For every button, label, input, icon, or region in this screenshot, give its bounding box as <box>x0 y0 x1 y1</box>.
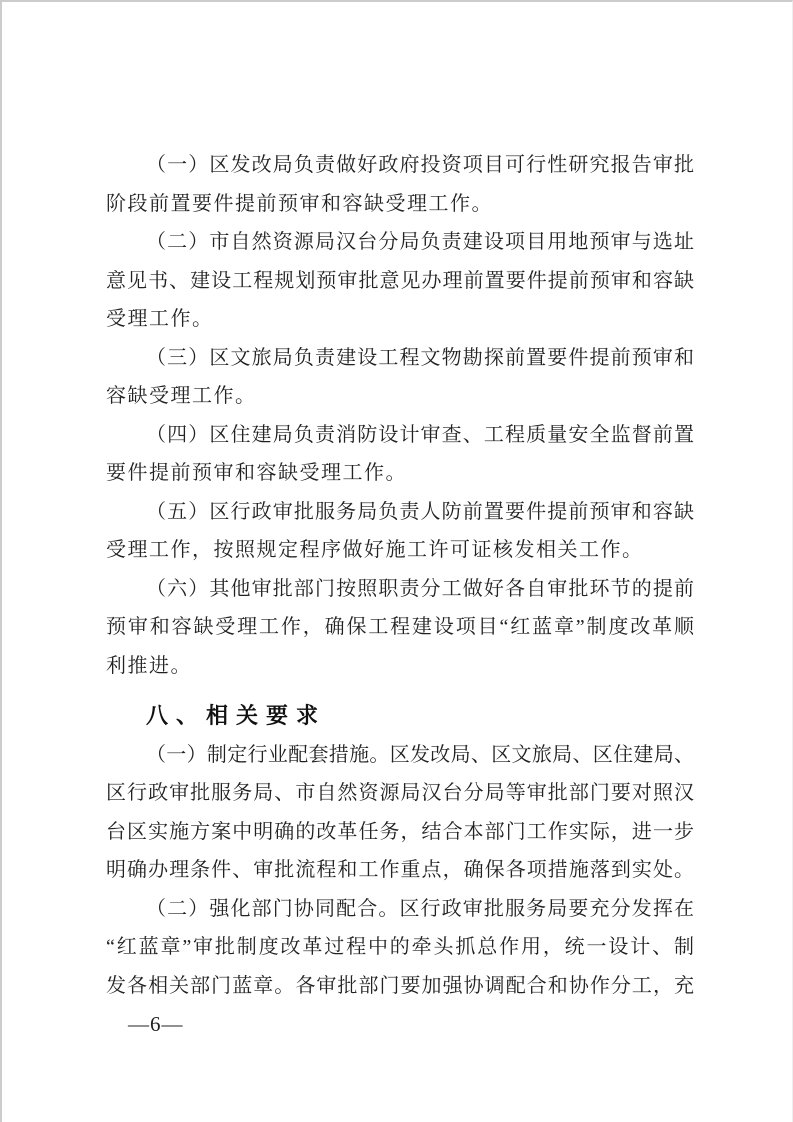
text-line: （二）强化部门协同配合。区行政审批服务局要充分发挥在 <box>106 890 694 929</box>
document-page: （一）区发改局负责做好政府投资项目可行性研究报告审批阶段前置要件提前预审和容缺受… <box>0 0 793 1122</box>
text-line: （五）区行政审批服务局负责人防前置要件提前预审和容缺 <box>106 493 694 532</box>
text-line: 区行政审批服务局、市自然资源局汉台分局等审批部门要对照汉 <box>106 774 694 813</box>
text-line: （六）其他审批部门按照职责分工做好各自审批环节的提前 <box>106 570 694 609</box>
text-line: 明确办理条件、审批流程和工作重点，确保各项措施落到实处。 <box>106 851 694 890</box>
section-heading: 八、相关要求 <box>106 697 694 736</box>
text-line: （一）区发改局负责做好政府投资项目可行性研究报告审批 <box>106 146 694 185</box>
document-body: （一）区发改局负责做好政府投资项目可行性研究报告审批阶段前置要件提前预审和容缺受… <box>106 146 694 1005</box>
paragraph: （二）市自然资源局汉台分局负责建设项目用地预审与选址意见书、建设工程规划预审批意… <box>106 223 694 339</box>
text-line: 要件提前预审和容缺受理工作。 <box>106 454 694 493</box>
paragraph: （四）区住建局负责消防设计审查、工程质量安全监督前置要件提前预审和容缺受理工作。 <box>106 416 694 493</box>
text-line: 受理工作。 <box>106 300 694 339</box>
page-number: —6— <box>128 1007 184 1041</box>
text-line: （三）区文旅局负责建设工程文物勘探前置要件提前预审和 <box>106 339 694 378</box>
text-line: 台区实施方案中明确的改革任务，结合本部门工作实际，进一步 <box>106 813 694 852</box>
paragraph: （一）制定行业配套措施。区发改局、区文旅局、区住建局、区行政审批服务局、市自然资… <box>106 736 694 890</box>
paragraph: （三）区文旅局负责建设工程文物勘探前置要件提前预审和容缺受理工作。 <box>106 339 694 416</box>
text-line: 利推进。 <box>106 647 694 686</box>
text-line: “红蓝章”审批制度改革过程中的牵头抓总作用，统一设计、制 <box>106 928 694 967</box>
paragraph: （一）区发改局负责做好政府投资项目可行性研究报告审批阶段前置要件提前预审和容缺受… <box>106 146 694 223</box>
text-line: 预审和容缺受理工作，确保工程建设项目“红蓝章”制度改革顺 <box>106 608 694 647</box>
text-line: 受理工作，按照规定程序做好施工许可证核发相关工作。 <box>106 531 694 570</box>
paragraph: （二）强化部门协同配合。区行政审批服务局要充分发挥在“红蓝章”审批制度改革过程中… <box>106 890 694 1006</box>
text-line: 阶段前置要件提前预审和容缺受理工作。 <box>106 185 694 224</box>
text-line: 意见书、建设工程规划预审批意见办理前置要件提前预审和容缺 <box>106 262 694 301</box>
text-line: （二）市自然资源局汉台分局负责建设项目用地预审与选址 <box>106 223 694 262</box>
text-line: （四）区住建局负责消防设计审查、工程质量安全监督前置 <box>106 416 694 455</box>
text-line: 容缺受理工作。 <box>106 377 694 416</box>
paragraph: （五）区行政审批服务局负责人防前置要件提前预审和容缺受理工作，按照规定程序做好施… <box>106 493 694 570</box>
text-line: （一）制定行业配套措施。区发改局、区文旅局、区住建局、 <box>106 736 694 775</box>
paragraph: （六）其他审批部门按照职责分工做好各自审批环节的提前预审和容缺受理工作，确保工程… <box>106 570 694 686</box>
text-line: 发各相关部门蓝章。各审批部门要加强协调配合和协作分工，充 <box>106 967 694 1006</box>
